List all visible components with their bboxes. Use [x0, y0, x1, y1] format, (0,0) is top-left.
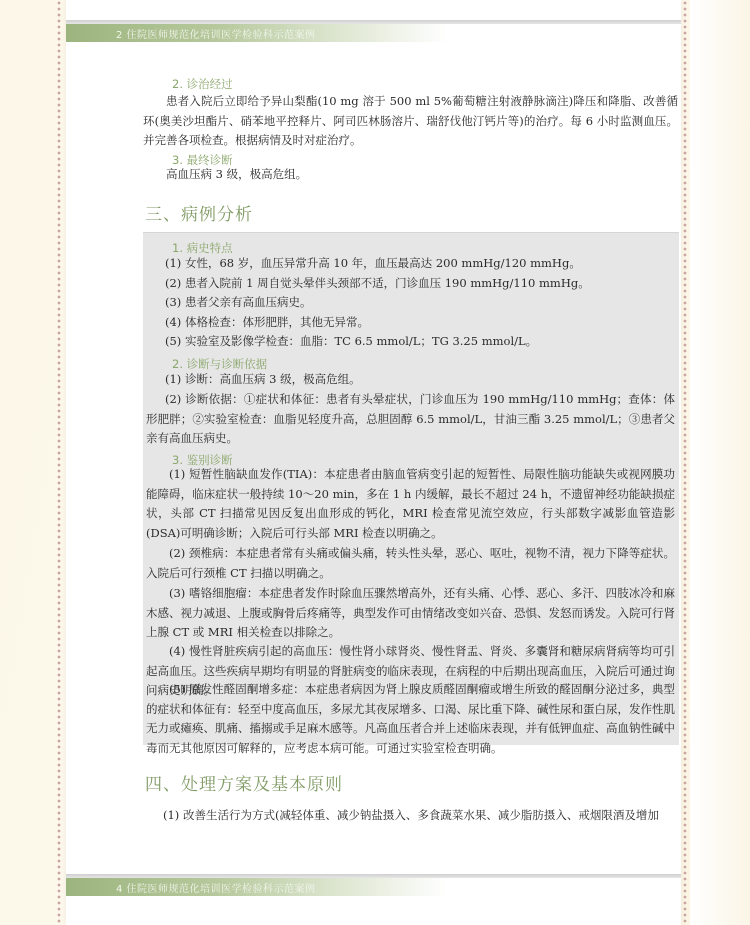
treatment-plan-item-1: (1) 改善生活行为方式(减轻体重、减少钠盐摄入、多食蔬菜水果、减少脂肪摄入、戒…	[163, 806, 678, 826]
differential-item-3: (3) 嗜铬细胞瘤：本症患者发作时除血压骤然增高外，还有头痛、心悸、恶心、多汗、…	[146, 584, 675, 643]
running-header-top: 2 住院医师规范化培训医学检验科示范案例	[66, 24, 681, 42]
diagnosis-item-2: (2) 诊断依据：①症状和体征：患者有头晕症状，门诊血压为 190 mmHg/1…	[146, 390, 675, 449]
page-border-left	[57, 0, 61, 925]
history-item-3: (3) 患者父亲有高血压病史。	[165, 293, 675, 313]
subheading-treatment: 2. 诊治经过	[172, 76, 233, 92]
running-header-text: 4 住院医师规范化培训医学检验科示范案例	[116, 880, 316, 895]
history-item-4: (4) 体格检查：体形肥胖，其他无异常。	[165, 313, 675, 333]
section-title-treatment-plan: 四、处理方案及基本原则	[145, 770, 343, 795]
paragraph-final-diagnosis: 高血压病 3 级，极高危组。	[143, 165, 678, 185]
history-item-5: (5) 实验室及影像学检查：血脂：TC 6.5 mmol/L；TG 3.25 m…	[165, 332, 675, 352]
differential-item-1: (1) 短暂性脑缺血发作(TIA)：本症患者由脑血管病变引起的短暂性、局限性脑功…	[146, 465, 675, 543]
background-fade	[690, 0, 750, 925]
differential-item-2: (2) 颈椎病：本症患者常有头痛或偏头痛，转头性头晕，恶心、呕吐，视物不清，视力…	[146, 544, 675, 583]
history-item-1: (1) 女性，68 岁，血压异常升高 10 年，血压最高达 200 mmHg/1…	[165, 254, 675, 274]
differential-item-5: (5) 原发性醛固酮增多症：本症患者病因为肾上腺皮质醛固酮瘤或增生所致的醛固酮分…	[146, 680, 675, 758]
paragraph-treatment: 患者入院后立即给予异山梨酯(10 mg 溶于 500 ml 5%葡萄糖注射液静脉…	[143, 92, 678, 151]
running-header-bottom: 4 住院医师规范化培训医学检验科示范案例	[66, 878, 681, 896]
history-item-2: (2) 患者入院前 1 周自觉头晕伴头颈部不适，门诊血压 190 mmHg/11…	[165, 274, 675, 294]
section-title-case-analysis: 三、病例分析	[145, 200, 253, 225]
running-header-text: 2 住院医师规范化培训医学检验科示范案例	[116, 26, 316, 41]
page-border-right	[683, 0, 687, 925]
diagnosis-item-1: (1) 诊断：高血压病 3 级，极高危组。	[165, 370, 675, 390]
